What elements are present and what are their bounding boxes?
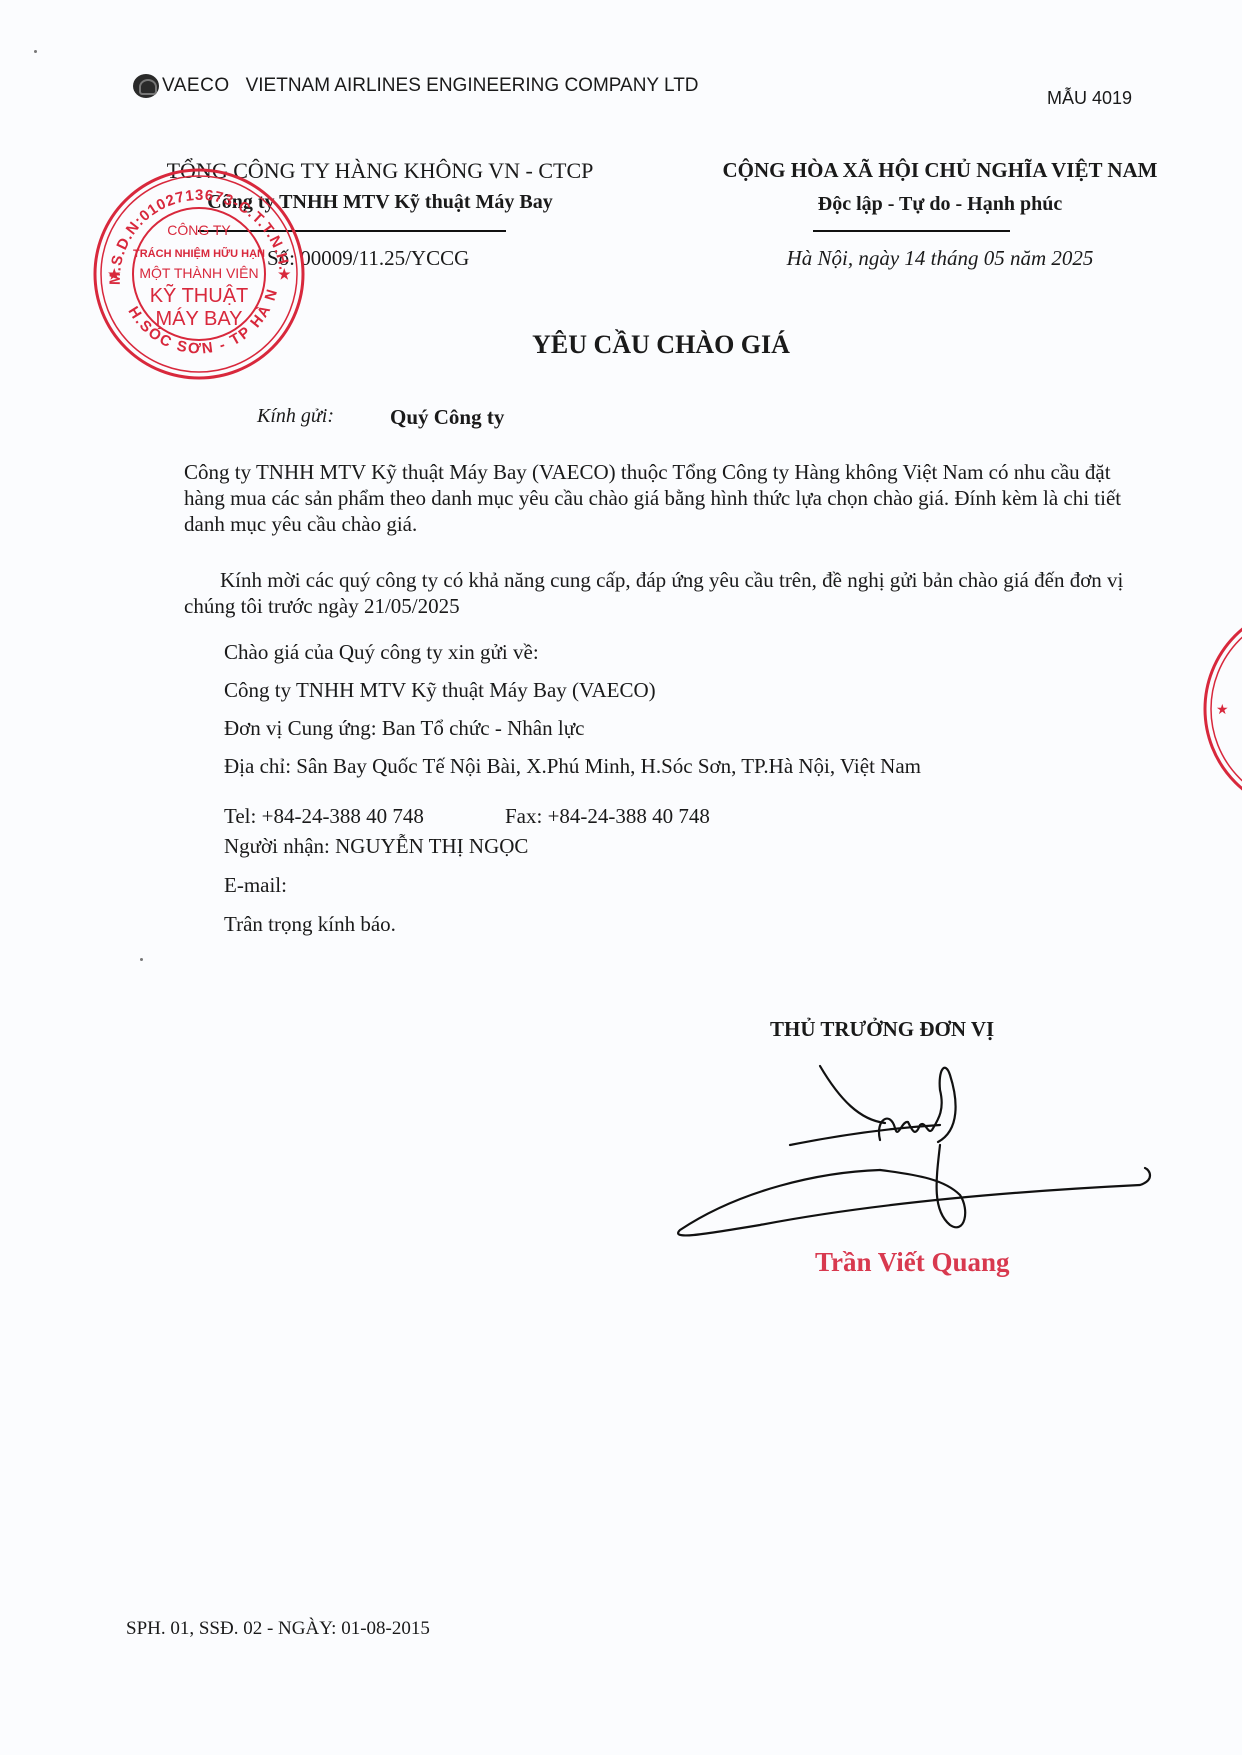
contact-tel: Tel: +84-24-388 40 748 — [224, 804, 424, 829]
form-footer: SPH. 01, SSĐ. 02 - NGÀY: 01-08-2015 — [126, 1618, 430, 1640]
closing-line: Trân trọng kính báo. — [224, 912, 396, 937]
scan-speck — [140, 958, 143, 961]
motto-divider — [813, 230, 1010, 232]
national-motto: Độc lập - Tự do - Hạnh phúc — [700, 193, 1180, 216]
greeting-label: Kính gửi: — [257, 405, 334, 428]
stamp-line: MÁY BAY — [155, 307, 242, 330]
contact-receiver: Người nhận: NGUYỄN THỊ NGỌC — [224, 834, 528, 859]
contact-address: Địa chỉ: Sân Bay Quốc Tế Nội Bài, X.Phú … — [224, 754, 921, 779]
signatory-role: THỦ TRƯỞNG ĐƠN VỊ — [770, 1017, 994, 1042]
national-title: CỘNG HÒA XÃ HỘI CHỦ NGHĨA VIỆT NAM — [700, 158, 1180, 183]
place-date: Hà Nội, ngày 14 tháng 05 năm 2025 — [700, 246, 1180, 271]
stamp-line: KỸ THUẬT — [150, 283, 249, 307]
scan-speck — [34, 50, 37, 53]
form-code: MẪU 4019 — [1047, 88, 1132, 109]
stamp-line: MỘT THÀNH VIÊN — [139, 265, 258, 281]
company-name: VIETNAM AIRLINES ENGINEERING COMPANY LTD — [246, 75, 699, 97]
national-header: CỘNG HÒA XÃ HỘI CHỦ NGHĨA VIỆT NAM Độc l… — [700, 158, 1180, 216]
contact-unit: Đơn vị Cung ứng: Ban Tổ chức - Nhân lực — [224, 716, 584, 741]
contact-company: Công ty TNHH MTV Kỹ thuật Máy Bay (VAECO… — [224, 678, 656, 703]
contact-intro: Chào giá của Quý công ty xin gửi về: — [224, 640, 539, 665]
body-paragraph-1: Công ty TNHH MTV Kỹ thuật Máy Bay (VAECO… — [184, 459, 1144, 537]
vaeco-logo-icon — [133, 74, 159, 98]
svg-text:★: ★ — [278, 266, 291, 282]
signatory-name: Trần Viết Quang — [815, 1247, 1010, 1278]
svg-text:★: ★ — [108, 266, 121, 282]
document-title: YÊU CẦU CHÀO GIÁ — [0, 330, 1242, 360]
stamp-line: TRÁCH NHIỆM HỮU HẠN — [133, 247, 265, 260]
contact-fax: Fax: +84-24-388 40 748 — [505, 804, 710, 829]
contact-email: E-mail: — [224, 873, 287, 898]
handwritten-signature — [640, 1050, 1160, 1240]
stamp-line: CÔNG TY — [167, 222, 231, 238]
svg-text:★: ★ — [1216, 703, 1229, 718]
partial-stamp: ★ — [1200, 600, 1242, 818]
greeting-recipient: Quý Công ty — [390, 405, 504, 430]
brand-name: VAECO — [162, 75, 230, 97]
body-paragraph-2: Kính mời các quý công ty có khả năng cun… — [184, 567, 1144, 619]
letterhead: VAECO VIETNAM AIRLINES ENGINEERING COMPA… — [133, 74, 699, 98]
